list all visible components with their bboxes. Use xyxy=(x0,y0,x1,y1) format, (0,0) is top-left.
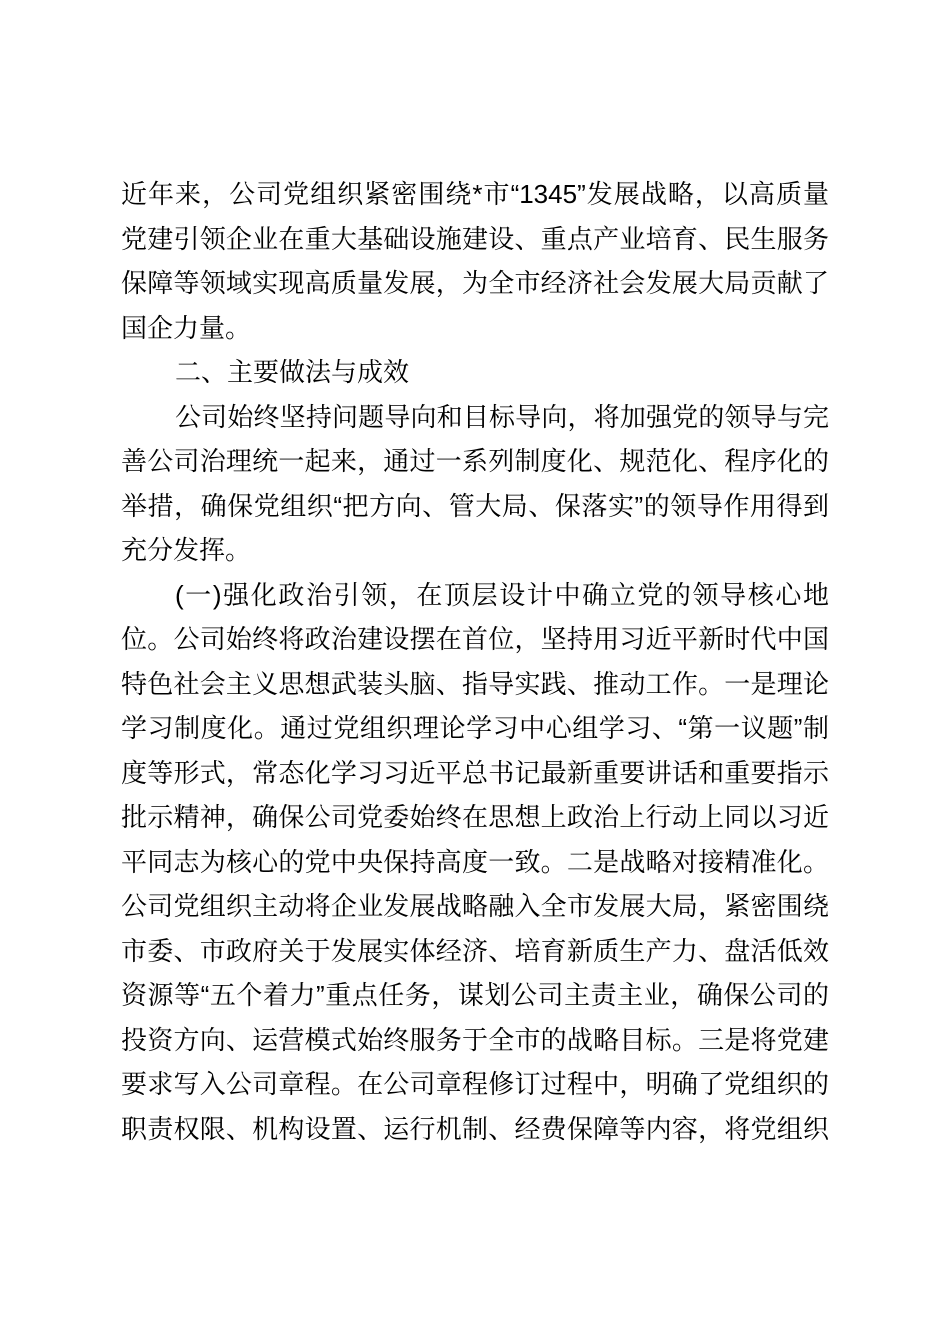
text-line: 善公司治理统一起来，通过一系列制度化、规范化、程序化的 xyxy=(121,439,829,484)
text-line: 要求写入公司章程。在公司章程修订过程中，明确了党组织的 xyxy=(121,1062,829,1107)
section-heading: 二、主要做法与成效 xyxy=(121,350,829,395)
text-line: 资源等“五个着力”重点任务，谋划公司主责主业，确保公司的 xyxy=(121,973,829,1018)
text-line: 党建引领企业在重大基础设施建设、重点产业培育、民生服务 xyxy=(121,217,829,262)
text-line: 市委、市政府关于发展实体经济、培育新质生产力、盘活低效 xyxy=(121,929,829,974)
text-line: 公司始终坚持问题导向和目标导向，将加强党的领导与完 xyxy=(121,395,829,440)
paragraph: (一)强化政治引领，在顶层设计中确立党的领导核心地 位。公司始终将政治建设摆在首… xyxy=(121,573,829,1152)
document-page: 近年来，公司党组织紧密围绕*市“1345”发展战略，以高质量 党建引领企业在重大… xyxy=(0,0,950,1344)
section-heading-paragraph: 二、主要做法与成效 xyxy=(121,350,829,395)
text-line: 投资方向、运营模式始终服务于全市的战略目标。三是将党建 xyxy=(121,1018,829,1063)
text-line: 举措，确保党组织“把方向、管大局、保落实”的领导作用得到 xyxy=(121,484,829,529)
text-line: 批示精神，确保公司党委始终在思想上政治上行动上同以习近 xyxy=(121,795,829,840)
text-line: 学习制度化。通过党组织理论学习中心组学习、“第一议题”制 xyxy=(121,706,829,751)
text-line: 度等形式，常态化学习习近平总书记最新重要讲话和重要指示 xyxy=(121,751,829,796)
text-line: 特色社会主义思想武装头脑、指导实践、推动工作。一是理论 xyxy=(121,662,829,707)
text-line: 公司党组织主动将企业发展战略融入全市发展大局，紧密围绕 xyxy=(121,884,829,929)
text-line: 近年来，公司党组织紧密围绕*市“1345”发展战略，以高质量 xyxy=(121,172,829,217)
text-line: 职责权限、机构设置、运行机制、经费保障等内容，将党组织 xyxy=(121,1107,829,1152)
text-line: 国企力量。 xyxy=(121,306,829,351)
text-line: 平同志为核心的党中央保持高度一致。二是战略对接精准化。 xyxy=(121,840,829,885)
text-line: (一)强化政治引领，在顶层设计中确立党的领导核心地 xyxy=(121,573,829,618)
text-line: 位。公司始终将政治建设摆在首位，坚持用习近平新时代中国 xyxy=(121,617,829,662)
text-line: 充分发挥。 xyxy=(121,528,829,573)
text-line: 保障等领域实现高质量发展，为全市经济社会发展大局贡献了 xyxy=(121,261,829,306)
paragraph-continuation: 近年来，公司党组织紧密围绕*市“1345”发展战略，以高质量 党建引领企业在重大… xyxy=(121,172,829,350)
paragraph: 公司始终坚持问题导向和目标导向，将加强党的领导与完 善公司治理统一起来，通过一系… xyxy=(121,395,829,573)
document-body: 近年来，公司党组织紧密围绕*市“1345”发展战略，以高质量 党建引领企业在重大… xyxy=(121,172,829,1151)
